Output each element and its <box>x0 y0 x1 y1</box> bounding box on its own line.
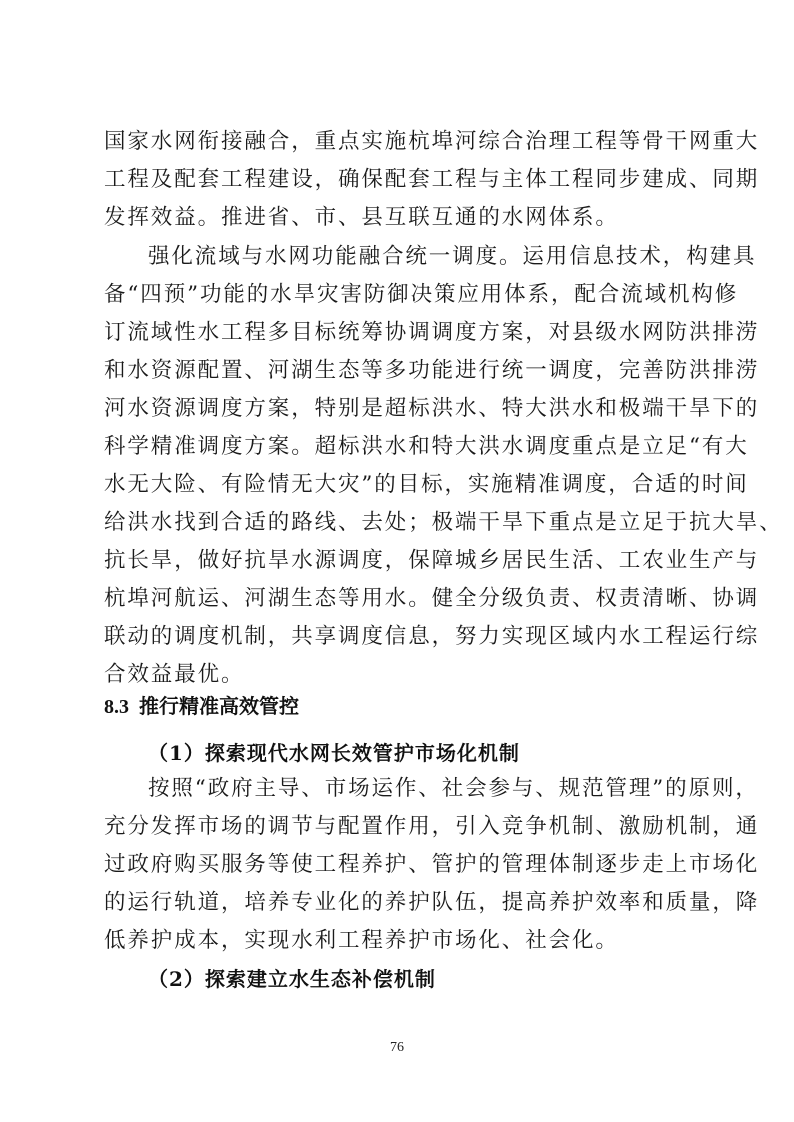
section-number: 8.3 <box>104 696 129 718</box>
paragraph-line: 合效益最优。 <box>104 662 694 688</box>
paragraph-line: 国家水网衔接融合，重点实施杭埠河综合治理工程等骨干网重大 <box>104 129 694 155</box>
paragraph-line: 的运行轨道，培养专业化的养护队伍，提高养护效率和质量，降 <box>104 890 694 916</box>
paragraph-line: 低养护成本，实现水利工程养护市场化、社会化。 <box>104 928 694 954</box>
paragraph-line: 强化流域与水网功能融合统一调度。运用信息技术，构建具 <box>148 244 694 270</box>
paragraph-line: 订流域性水工程多目标统筹协调调度方案，对县级水网防洪排涝 <box>104 320 694 346</box>
paragraph-line: 河水资源调度方案，特别是超标洪水、特大洪水和极端干旱下的 <box>104 396 694 422</box>
paragraph-line: 抗长旱，做好抗旱水源调度，保障城乡居民生活、工农业生产与 <box>104 548 694 574</box>
paragraph-line: 联动的调度机制，共享调度信息，努力实现区域内水工程运行综 <box>104 624 694 650</box>
paragraph-line: 和水资源配置、河湖生态等多功能进行统一调度，完善防洪排涝 <box>104 358 694 384</box>
paragraph-line: 给洪水找到合适的路线、去处；极端干旱下重点是立足于抗大旱、 <box>104 510 694 536</box>
subsection-heading-2: （2）探索建立水生态补偿机制 <box>148 963 436 992</box>
paragraph-line: 工程及配套工程建设，确保配套工程与主体工程同步建成、同期 <box>104 167 694 193</box>
section-heading: 8.3推行精准高效管控 <box>104 690 299 719</box>
paragraph-line: 水无大险、有险情无大灾”的目标，实施精准调度，合适的时间 <box>104 472 694 498</box>
section-title: 推行精准高效管控 <box>139 694 299 718</box>
paragraph-line: 科学精准调度方案。超标洪水和特大洪水调度重点是立足“有大 <box>104 434 694 460</box>
page-number: 76 <box>0 1040 794 1056</box>
paragraph-line: 充分发挥市场的调节与配置作用，引入竞争机制、激励机制，通 <box>104 814 694 840</box>
document-page: 国家水网衔接融合，重点实施杭埠河综合治理工程等骨干网重大 工程及配套工程建设，确… <box>0 0 794 1122</box>
paragraph-line: 按照“政府主导、市场运作、社会参与、规范管理”的原则， <box>148 776 694 802</box>
paragraph-line: 杭埠河航运、河湖生态等用水。健全分级负责、权责清晰、协调 <box>104 586 694 612</box>
paragraph-line: 过政府购买服务等使工程养护、管护的管理体制逐步走上市场化 <box>104 852 694 878</box>
paragraph-line: 发挥效益。推进省、市、县互联互通的水网体系。 <box>104 205 694 231</box>
subsection-heading-1: （1）探索现代水网长效管护市场化机制 <box>148 737 520 766</box>
paragraph-line: 备“四预”功能的水旱灾害防御决策应用体系，配合流域机构修 <box>104 282 694 308</box>
